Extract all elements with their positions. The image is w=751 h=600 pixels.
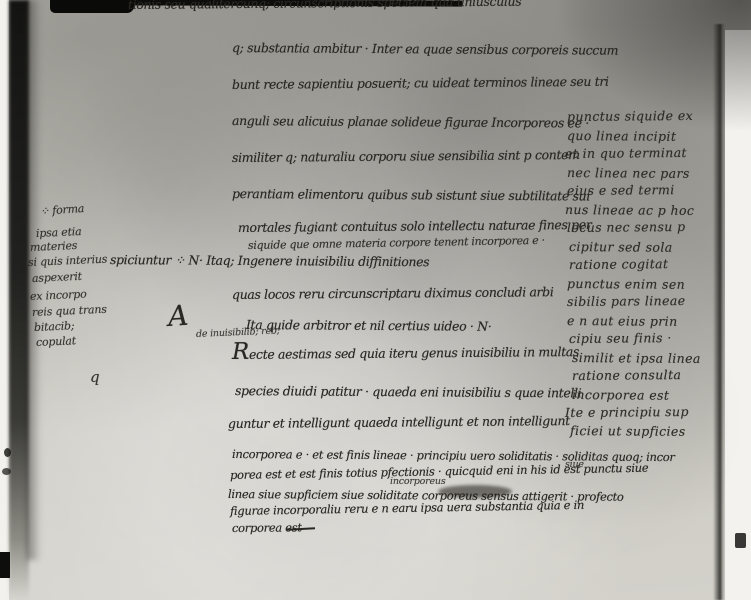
margin-gloss-line: nus lineae ac p hoc	[565, 202, 694, 218]
margin-gloss-line: incorporea est	[572, 387, 669, 403]
margin-gloss-line: reis qua trans	[32, 303, 107, 319]
top-left-corner-blob	[50, 0, 134, 13]
edge-speck	[4, 448, 11, 457]
bottom-right-edge-mark	[735, 533, 746, 548]
interlinear-note: incorporeus	[390, 476, 446, 487]
margin-gloss-line: ficiei ut supficies	[570, 423, 686, 439]
text-line: Recte aestimas sed quia iteru genus inui…	[232, 344, 579, 362]
manuscript-page: tionis seu qualitercunq; circunscription…	[0, 0, 751, 600]
text-line: similiter q; naturaliu corporu siue sens…	[232, 147, 580, 165]
text-line: Ita quide arbitror et nil certius uideo …	[246, 317, 491, 334]
margin-gloss-line: nec linea nec pars	[567, 165, 690, 181]
text-line: bunt recte sapientiu posuerit; cu uideat…	[232, 74, 609, 92]
margin-gloss-line: materies	[30, 239, 78, 254]
edge-speck	[2, 468, 11, 475]
margin-gloss-line: Ite e principiu sup	[565, 404, 689, 420]
margin-gloss-line: punctus enim sen	[567, 276, 685, 292]
margin-gloss-line: sibilis pars lineae	[567, 293, 686, 309]
margin-gloss-line: ⁘ forma	[40, 202, 85, 218]
text-line: perantiam elimentoru quibus sub sistunt …	[232, 186, 590, 203]
margin-quaestio-mark: q	[90, 368, 99, 386]
interlinear-note: siue	[565, 459, 584, 470]
margin-gloss-line: similit et ipsa linea	[572, 350, 701, 366]
text-line: corporea est	[232, 520, 302, 535]
margin-gloss-line: aspexerit	[32, 270, 82, 285]
text-line: tionis seu qualitercunq; circunscription…	[128, 0, 521, 12]
margin-gloss-line: si quis interius	[28, 253, 108, 269]
book-gutter-shadow	[9, 0, 29, 600]
margin-gloss-line: bitacib;	[34, 319, 75, 334]
margin-gloss-line: eius e sed termi	[567, 182, 675, 198]
margin-gloss-line: ipsa etia	[36, 225, 82, 240]
squeezed-text-line: siquide que omne materia corpore tenent …	[248, 234, 545, 252]
text-line: quas locos reru circunscriptaru diximus …	[232, 284, 554, 302]
margin-gloss-line: et in quo terminat	[565, 145, 687, 161]
margin-gloss-line: locus nec sensu p	[567, 219, 686, 235]
text-line: anguli seu alicuius planae solideue figu…	[232, 113, 589, 130]
bottom-left-corner-mark	[0, 552, 10, 578]
page-right-edge-line	[713, 24, 725, 600]
margin-gloss-line: cipitur sed sola	[569, 239, 673, 255]
margin-gloss-line: ratione cogitat	[569, 256, 669, 272]
text-line: species diuidi patitur · quaeda eni inui…	[235, 383, 581, 400]
text-line: q; substantia ambitur · Inter ea quae se…	[232, 40, 618, 58]
margin-gloss-line: cipiu seu finis ·	[569, 330, 672, 346]
scan-white-edge-right	[725, 30, 751, 600]
text-line: guntur et intelligunt quaeda intelligunt…	[228, 413, 570, 431]
text-line: mortales fugiant contuitus solo intellec…	[238, 217, 592, 235]
margin-gloss-line: quo linea incipit	[567, 128, 676, 144]
margin-gloss-line: punctus siquide ex	[567, 108, 693, 124]
margin-gloss-line: copulat	[36, 334, 77, 349]
scan-white-edge-left	[0, 0, 9, 600]
margin-gloss-line: e n aut eius prin	[567, 313, 678, 329]
margin-gloss-line: ratione consulta	[572, 367, 681, 383]
speaker-initial-A: A	[167, 299, 189, 333]
margin-gloss-line: ex incorpo	[30, 288, 87, 303]
text-line: spiciuntur ⁘ N· Itaq; Ingenere inuisibil…	[110, 252, 429, 269]
